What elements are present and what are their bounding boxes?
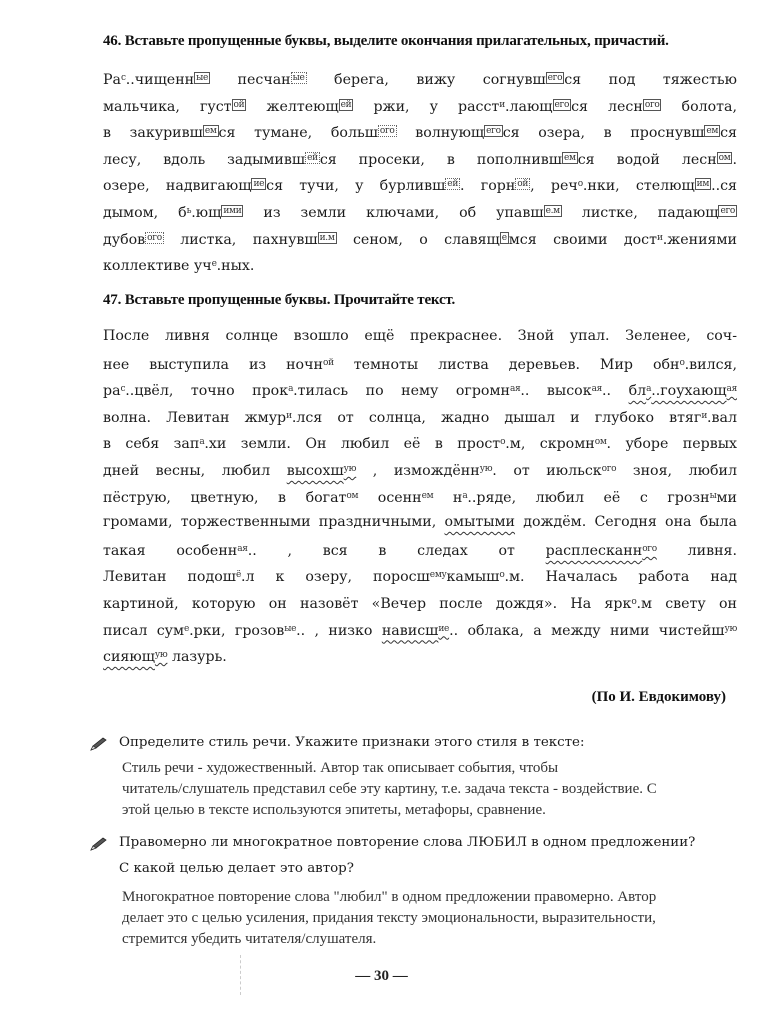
printed-text: .м, скромн bbox=[505, 436, 594, 452]
text-line: громами, торжественными праздничными, ом… bbox=[103, 509, 737, 536]
page-number: — 30 — bbox=[0, 968, 763, 985]
marked-ending: ей bbox=[305, 152, 320, 164]
printed-text: После ливня солнце взошло ещё прекраснее… bbox=[103, 328, 737, 344]
printed-text: зноя, любил bbox=[616, 463, 737, 479]
marked-ending: ой bbox=[515, 178, 530, 190]
printed-text: осенн bbox=[358, 490, 421, 506]
text-line: пёструю, цветную, в богатом осеннем на..… bbox=[103, 483, 737, 510]
printed-text: озере, надвигающ bbox=[103, 178, 251, 194]
text-line: дымом, бь.ющими из земли ключами, об упа… bbox=[103, 198, 737, 225]
text-line: Левитан подошё.л к озеру, поросшемукамыш… bbox=[103, 562, 737, 589]
marked-ending: е bbox=[500, 232, 509, 244]
printed-text: камыш bbox=[447, 569, 500, 585]
printed-text: .м свету он bbox=[636, 596, 737, 612]
printed-text: ся озера, в проснувш bbox=[503, 125, 705, 141]
answer-line: Многократное повторение слова "любил" в … bbox=[122, 887, 732, 908]
printed-text: . bbox=[732, 152, 737, 168]
handwritten-letter: ого bbox=[602, 464, 617, 474]
handwritten-letter: ая bbox=[727, 384, 737, 394]
text-line: коллективе уче.ных. bbox=[103, 251, 737, 278]
handwritten-letter: ем bbox=[422, 491, 434, 501]
handwritten-letter: ую bbox=[480, 464, 493, 474]
printed-text: дождём. Сегодня она была bbox=[515, 514, 737, 530]
printed-text: .ных. bbox=[217, 258, 255, 274]
handwritten-letter: ой bbox=[323, 358, 334, 368]
printed-text: .вал bbox=[707, 410, 737, 426]
printed-text: ..ряде, любил её с грозн bbox=[467, 490, 709, 506]
task-46-title: 46. Вставьте пропущенные буквы, выделите… bbox=[103, 33, 669, 50]
underlined-word: бл bbox=[629, 383, 647, 399]
printed-text: .. высок bbox=[520, 383, 591, 399]
printed-text: болота, bbox=[661, 99, 737, 115]
printed-text: песчан bbox=[210, 72, 291, 88]
handwritten-letter: ему bbox=[430, 570, 447, 580]
printed-text: ся водой лесн bbox=[578, 152, 717, 168]
printed-text: пёструю, цветную, в богат bbox=[103, 490, 346, 506]
printed-text: , реч bbox=[530, 178, 578, 194]
printed-text: мальчика, густ bbox=[103, 99, 232, 115]
text-line: После ливня солнце взошло ещё прекраснее… bbox=[103, 323, 737, 350]
printed-text: ся тумане, больш bbox=[219, 125, 378, 141]
printed-text: дубов bbox=[103, 232, 145, 248]
printed-text: н bbox=[433, 490, 462, 506]
question-2-answer: Многократное повторение слова "любил" в … bbox=[122, 887, 732, 950]
marked-ending: ими bbox=[221, 205, 243, 217]
text-line: мальчика, густой желтеющей ржи, у рассти… bbox=[103, 92, 737, 119]
printed-text: .жениями bbox=[663, 232, 737, 248]
printed-text: .хи земли. Он любил её в прост bbox=[204, 436, 500, 452]
answer-line: Стиль речи - художественный. Автор так о… bbox=[122, 758, 732, 779]
marked-ending: его bbox=[546, 72, 565, 84]
marked-ending: им bbox=[695, 178, 711, 190]
marked-ending: ей bbox=[445, 178, 460, 190]
printed-text: , измождённ bbox=[356, 463, 480, 479]
underlined-word: расплесканн bbox=[546, 543, 643, 559]
text-line: Рас..чищенные песчаные берега, вижу согн… bbox=[103, 65, 737, 92]
printed-text: темноты листва деревьев. Мир обн bbox=[334, 357, 680, 373]
handwritten-letter: ая bbox=[237, 544, 247, 554]
marked-ending: ие bbox=[251, 178, 266, 190]
text-line: такая особенная.. , вся в следах от расп… bbox=[103, 536, 737, 563]
marked-ending: е.м bbox=[544, 205, 562, 217]
marked-ending: его bbox=[553, 99, 572, 111]
answer-line: этой целью в тексте используются эпитеты… bbox=[122, 800, 732, 821]
printed-text: дымом, б bbox=[103, 205, 187, 221]
printed-text: ся bbox=[720, 125, 737, 141]
printed-text: ливня. bbox=[657, 543, 737, 559]
printed-text: волнующ bbox=[397, 125, 485, 141]
text-line: в себя запа.хи земли. Он любил её в прос… bbox=[103, 429, 737, 456]
text-line: волна. Левитан жмури.лся от солнца, жадн… bbox=[103, 403, 737, 430]
question-1-answer: Стиль речи - художественный. Автор так о… bbox=[122, 758, 732, 821]
workbook-page: 46. Вставьте пропущенные буквы, выделите… bbox=[0, 0, 763, 1030]
underlined-word: нависш bbox=[382, 623, 439, 639]
underlined-word: омытыми bbox=[445, 514, 516, 530]
text-attribution: (По И. Евдокимову) bbox=[592, 689, 726, 706]
handwritten-letter: ие bbox=[438, 624, 449, 634]
printed-text: ми bbox=[717, 490, 738, 506]
marked-ending: ой bbox=[232, 99, 247, 111]
marked-ending: ого bbox=[378, 125, 397, 137]
marked-ending: ого bbox=[643, 99, 662, 111]
printed-text: лесу, вдоль задымивш bbox=[103, 152, 305, 168]
handwritten-letter: ом bbox=[595, 437, 607, 447]
underlined-word: сияющ bbox=[103, 649, 155, 665]
printed-text: .. облака, а между ними чистейш bbox=[449, 623, 724, 639]
answer-line: делает это с целью усиления, придания те… bbox=[122, 908, 732, 929]
marked-ending: ом bbox=[717, 152, 733, 164]
printed-text: ся тучи, у бурливш bbox=[266, 178, 445, 194]
printed-text: в себя зап bbox=[103, 436, 199, 452]
printed-text: .м. Началась работа над bbox=[505, 569, 738, 585]
question-2-prompt-line-1: Правомерно ли многократное повторение сл… bbox=[119, 835, 695, 850]
printed-text: лазурь. bbox=[167, 649, 226, 665]
underlined-word: высохш bbox=[287, 463, 344, 479]
printed-text: . от июльск bbox=[492, 463, 601, 479]
printed-text: писал сум bbox=[103, 623, 184, 639]
marked-ending: ем bbox=[203, 125, 219, 137]
printed-text: сеном, о славящ bbox=[337, 232, 500, 248]
printed-text: нее выступила из ночн bbox=[103, 357, 323, 373]
marked-ending: ем bbox=[704, 125, 720, 137]
handwritten-letter: ые bbox=[284, 624, 296, 634]
marked-ending: ей bbox=[339, 99, 354, 111]
printed-text: .ющ bbox=[191, 205, 221, 221]
handwritten-letter: ую bbox=[155, 650, 168, 660]
handwritten-letter: ом bbox=[346, 491, 358, 501]
printed-text: .рки, грозов bbox=[189, 623, 284, 639]
printed-text: .. , вся в следах от bbox=[248, 543, 546, 559]
printed-text: дней весны, любил bbox=[103, 463, 287, 479]
marked-ending: и.м bbox=[318, 232, 337, 244]
handwritten-letter: ую bbox=[344, 464, 357, 474]
printed-text: .. , низко bbox=[296, 623, 382, 639]
printed-text: такая особенн bbox=[103, 543, 237, 559]
printed-text: ся под тяжестью bbox=[564, 72, 737, 88]
task-47-title: 47. Вставьте пропущенные буквы. Прочитай… bbox=[103, 292, 455, 309]
marked-ending: ые bbox=[194, 72, 210, 84]
printed-text: ра bbox=[103, 383, 121, 399]
printed-text: в закуривш bbox=[103, 125, 203, 141]
printed-text: картиной, которую он назовёт «Вечер посл… bbox=[103, 596, 631, 612]
text-line: дней весны, любил высохшую , измождённую… bbox=[103, 456, 737, 483]
printed-text: волна. Левитан жмур bbox=[103, 410, 286, 426]
handwritten-letter: ы bbox=[710, 491, 717, 501]
text-line: нее выступила из ночной темноты листва д… bbox=[103, 350, 737, 377]
printed-text: .лся от солнца, жадно дышал и глубоко вт… bbox=[292, 410, 701, 426]
printed-text: листке, падающ bbox=[562, 205, 719, 221]
printed-text: .вился, bbox=[685, 357, 737, 373]
handwritten-letter: ую bbox=[724, 624, 737, 634]
pencil-icon bbox=[89, 736, 109, 752]
task-47-exercise-text: После ливня солнце взошло ещё прекраснее… bbox=[103, 323, 737, 669]
printed-text: . горн bbox=[460, 178, 515, 194]
printed-text: из земли ключами, об упавш bbox=[243, 205, 543, 221]
question-2-prompt-line-2: С какой целью делает это автор? bbox=[119, 861, 354, 876]
text-line: лесу, вдоль задымившейся просеки, в попо… bbox=[103, 145, 737, 172]
printed-text: .лающ bbox=[505, 99, 553, 115]
handwritten-letter: ого bbox=[642, 544, 657, 554]
text-line: дубового листка, пахнувши.м сеном, о сла… bbox=[103, 225, 737, 252]
printed-text: ся лесн bbox=[571, 99, 643, 115]
printed-text: берега, вижу согнувш bbox=[307, 72, 546, 88]
underlined-word: ..гоухающ bbox=[651, 383, 726, 399]
answer-line: стремится убедить читателя/слушателя. bbox=[122, 929, 732, 950]
text-line: картиной, которую он назовёт «Вечер посл… bbox=[103, 589, 737, 616]
printed-text: .. bbox=[602, 383, 629, 399]
printed-text: .тилась по нему огромн bbox=[293, 383, 510, 399]
printed-text: .нки, стелющ bbox=[583, 178, 695, 194]
text-line: озере, надвигающиеся тучи, у бурлившей. … bbox=[103, 171, 737, 198]
marked-ending: его bbox=[484, 125, 503, 137]
printed-text: ..ся bbox=[711, 178, 737, 194]
text-line: писал суме.рки, грозовые.. , низко навис… bbox=[103, 616, 737, 643]
marked-ending: ем bbox=[562, 152, 578, 164]
text-line: рас..цвёл, точно прока.тилась по нему ог… bbox=[103, 376, 737, 403]
task-46-exercise-text: Рас..чищенные песчаные берега, вижу согн… bbox=[103, 65, 737, 278]
printed-text: ..чищенн bbox=[126, 72, 194, 88]
printed-text: Ра bbox=[103, 72, 121, 88]
printed-text: листка, пахнувш bbox=[164, 232, 318, 248]
printed-text: коллективе уч bbox=[103, 258, 212, 274]
marked-ending: ого bbox=[145, 232, 164, 244]
marked-ending: его bbox=[718, 205, 737, 217]
printed-text: мся своими дост bbox=[509, 232, 657, 248]
printed-text: Левитан подош bbox=[103, 569, 236, 585]
handwritten-letter: ая bbox=[510, 384, 520, 394]
text-line: в закурившемся тумане, большого волнующе… bbox=[103, 118, 737, 145]
question-1-prompt: Определите стиль речи. Укажите признаки … bbox=[119, 735, 585, 750]
printed-text: . уборе первых bbox=[607, 436, 737, 452]
printed-text: громами, торжественными праздничными, bbox=[103, 514, 445, 530]
marked-ending: ые bbox=[291, 72, 307, 84]
answer-line: читатель/слушатель представил себе эту к… bbox=[122, 779, 732, 800]
handwritten-letter: ая bbox=[592, 384, 602, 394]
printed-text: желтеющ bbox=[246, 99, 338, 115]
printed-text: ся просеки, в пополнивш bbox=[320, 152, 562, 168]
printed-text: ..цвёл, точно прок bbox=[125, 383, 288, 399]
pencil-icon bbox=[89, 836, 109, 852]
text-line: сияющую лазурь. bbox=[103, 642, 737, 669]
printed-text: ржи, у расст bbox=[353, 99, 499, 115]
printed-text: .л к озеру, поросш bbox=[241, 569, 430, 585]
